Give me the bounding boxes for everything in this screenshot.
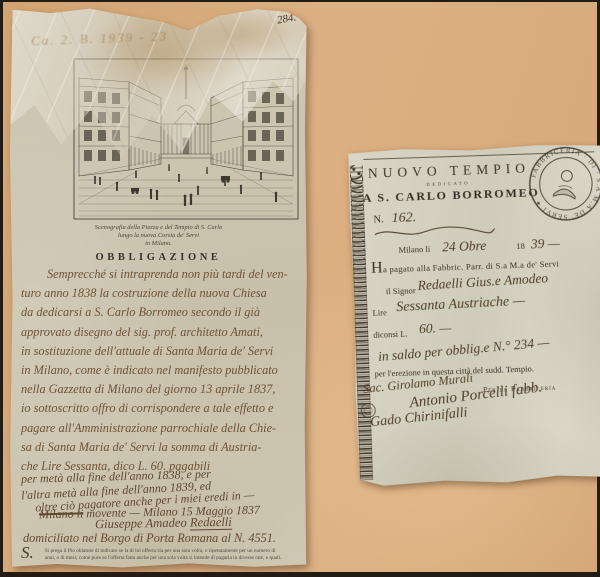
caption-line: in Milano. [9,240,308,248]
footnote-text: Si prega il Pio oblatore di indicare se … [45,545,282,561]
ornamental-border [350,165,373,480]
signature-line: Giuseppe Amadeo Redaelli [95,515,232,532]
obbligazione-paper: Scenografia della Piazza e del Tempio di… [9,7,308,569]
footnote-flourish-initial: S. [21,545,34,561]
receipt-paper: NUOVO TEMPIO DEDICATO A S. CARLO BORROME… [347,142,600,488]
fabbriceria-stamp: FABBRICERIA · DI · S.A M.A DE' SERVI ✦ [522,140,600,228]
handwriting-line: sa di Santa Maria de' Servi la somma di … [21,438,300,457]
struck-word: Milano li [39,506,84,521]
domicile-line: domiciliato nel Borgo di Porta Romana al… [23,531,276,546]
date-century: 18 [516,241,525,251]
caption-line: lungo la nuova Corsia de' Servi [9,232,308,240]
handwritten-body: Semprecché si intraprenda non più tardi … [21,265,300,476]
signature-surname: Redaelli [190,515,232,531]
obbligazione-heading: OBBLIGAZIONE [9,252,308,263]
diconsi-label: diconsi L. [373,329,408,340]
printed-footnote: S. Si prega il Pio oblatore di indicare … [21,545,294,561]
signature-given-names: Giuseppe Amadeo [95,516,190,532]
signature-fabbriciere-2: Gado Chirinifalli [369,405,468,431]
engraving-caption: Scenografia della Piazza e del Tempio di… [9,224,308,249]
date-year: 39 — [531,235,560,251]
receipt-document: NUOVO TEMPIO DEDICATO A S. CARLO BORROME… [347,142,600,488]
saldo-line: in saldo per obblig.e N.° 234 — [377,334,550,365]
album-mount-page: Scenografia della Piazza e del Tempio di… [3,2,597,572]
footnote-line: anni, o di mesi; come pure se l'offerta … [45,555,282,562]
date-day-month: 24 Obre [442,238,487,254]
handwritten-payment-terms: per metà alla fine dell'anno 1838, e per… [21,469,302,507]
handwriting-line: io sottoscritto offro di corrispondere a… [21,399,300,418]
signor-label: il Signor [386,285,416,296]
handwriting-line: Semprecché si intraprenda non più tardi … [21,265,300,284]
handwriting-line: da dedicarsi a S. Carlo Borromeo secondo… [21,303,300,322]
paid-initial: H [371,259,383,276]
caption-line: Scenografia della Piazza e del Tempio di… [9,224,308,232]
handwriting-line: in sostituzione dell'attuale di Santa Ma… [21,342,300,361]
diconsi-value: 60. — [419,320,452,337]
handwriting-line: nella Gazzetta di Milano del giorno 13 a… [21,380,300,399]
handwriting-line: in Milano, come è indicato nel manifesto… [21,361,300,380]
footnote-line: Si prega il Pio oblatore di indicare se … [45,548,282,555]
date-label: Milano li [398,244,430,255]
handwriting-line: turo anno 1838 la costruzione della nuov… [21,284,300,303]
receipt-dedication: A S. CARLO BORROMEO [362,185,534,206]
number-label: N. [373,214,384,225]
lire-value: Sessanta Austriache — [396,294,526,316]
obbligazione-document: Scenografia della Piazza e del Tempio di… [9,7,308,569]
handwriting-line: pagare all'Amministrazione parrochiale d… [21,419,300,438]
lire-label: Lire [372,307,387,317]
handwriting-line: approvato disegno del sig. prof. archite… [21,323,300,342]
